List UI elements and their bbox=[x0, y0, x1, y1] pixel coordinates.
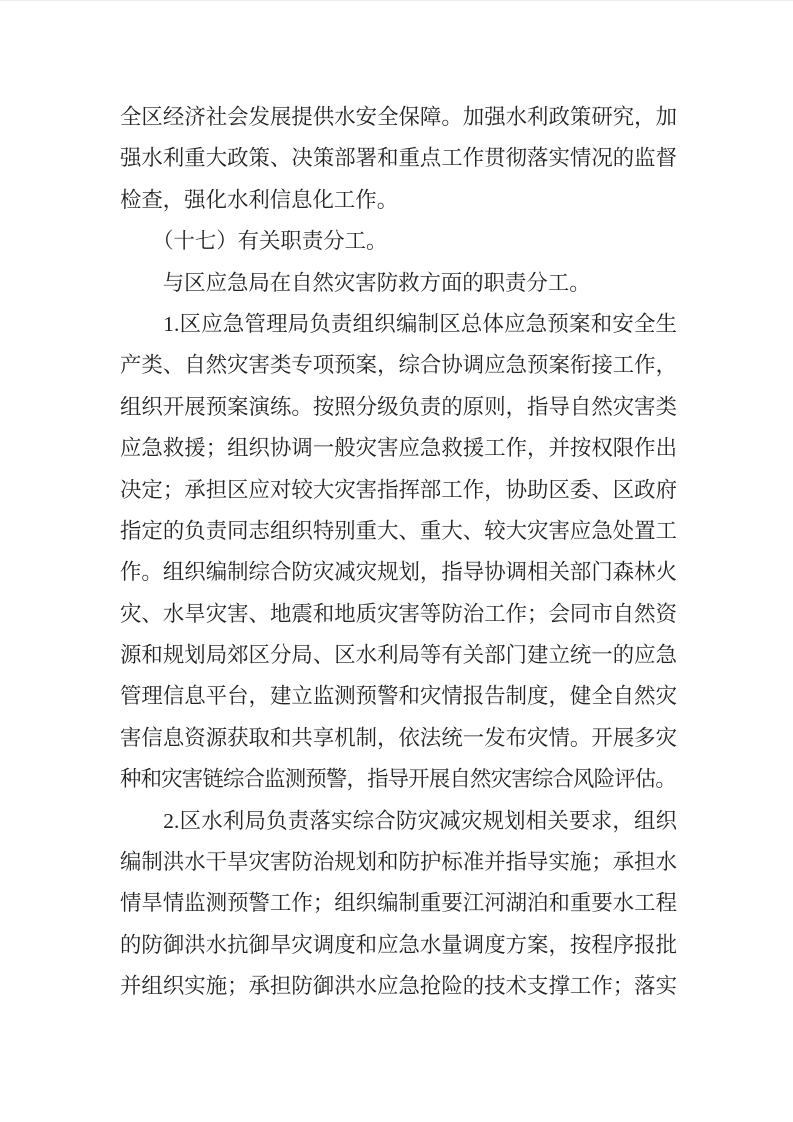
text-line: 指定的负责同志组织特别重大、重大、较大灾害应急处置工 bbox=[120, 511, 677, 552]
text-line: 应急救援；组织协调一般灾害应急救援工作，并按权限作出 bbox=[120, 428, 677, 469]
text-line: 决定；承担区应对较大灾害指挥部工作，协助区委、区政府 bbox=[120, 470, 677, 511]
text-line: 1.区应急管理局负责组织编制区总体应急预案和安全生 bbox=[120, 304, 677, 345]
text-line: 产类、自然灾害类专项预案，综合协调应急预案衔接工作， bbox=[120, 345, 677, 386]
text-line: 检查，强化水利信息化工作。 bbox=[120, 180, 677, 221]
text-line: 的防御洪水抗御旱灾调度和应急水量调度方案，按程序报批 bbox=[120, 925, 677, 966]
document-page: 全区经济社会发展提供水安全保障。加强水利政策研究，加 强水利重大政策、决策部署和… bbox=[0, 0, 793, 1122]
text-line: 并组织实施；承担防御洪水应急抢险的技术支撑工作；落实 bbox=[120, 966, 677, 1007]
text-line: 情旱情监测预警工作；组织编制重要江河湖泊和重要水工程 bbox=[120, 883, 677, 924]
text-line: 2.区水利局负责落实综合防灾减灾规划相关要求，组织 bbox=[120, 801, 677, 842]
text-line: 种和灾害链综合监测预警，指导开展自然灾害综合风险评估。 bbox=[120, 759, 677, 800]
text-line: 害信息资源获取和共享机制，依法统一发布灾情。开展多灾 bbox=[120, 718, 677, 759]
document-text: 全区经济社会发展提供水安全保障。加强水利政策研究，加 强水利重大政策、决策部署和… bbox=[120, 97, 677, 1008]
text-line: 强水利重大政策、决策部署和重点工作贯彻落实情况的监督 bbox=[120, 138, 677, 179]
section-heading: （十七）有关职责分工。 bbox=[120, 221, 677, 262]
text-line: 管理信息平台，建立监测预警和灾情报告制度，健全自然灾 bbox=[120, 676, 677, 717]
text-line: 作。组织编制综合防灾减灾规划，指导协调相关部门森林火 bbox=[120, 552, 677, 593]
text-line: 编制洪水干旱灾害防治规划和防护标准并指导实施；承担水 bbox=[120, 842, 677, 883]
text-line: 全区经济社会发展提供水安全保障。加强水利政策研究，加 bbox=[120, 97, 677, 138]
text-line: 源和规划局郊区分局、区水利局等有关部门建立统一的应急 bbox=[120, 635, 677, 676]
text-line: 与区应急局在自然灾害防救方面的职责分工。 bbox=[120, 263, 677, 304]
text-line: 灾、水旱灾害、地震和地质灾害等防治工作；会同市自然资 bbox=[120, 594, 677, 635]
text-line: 组织开展预案演练。按照分级负责的原则，指导自然灾害类 bbox=[120, 387, 677, 428]
